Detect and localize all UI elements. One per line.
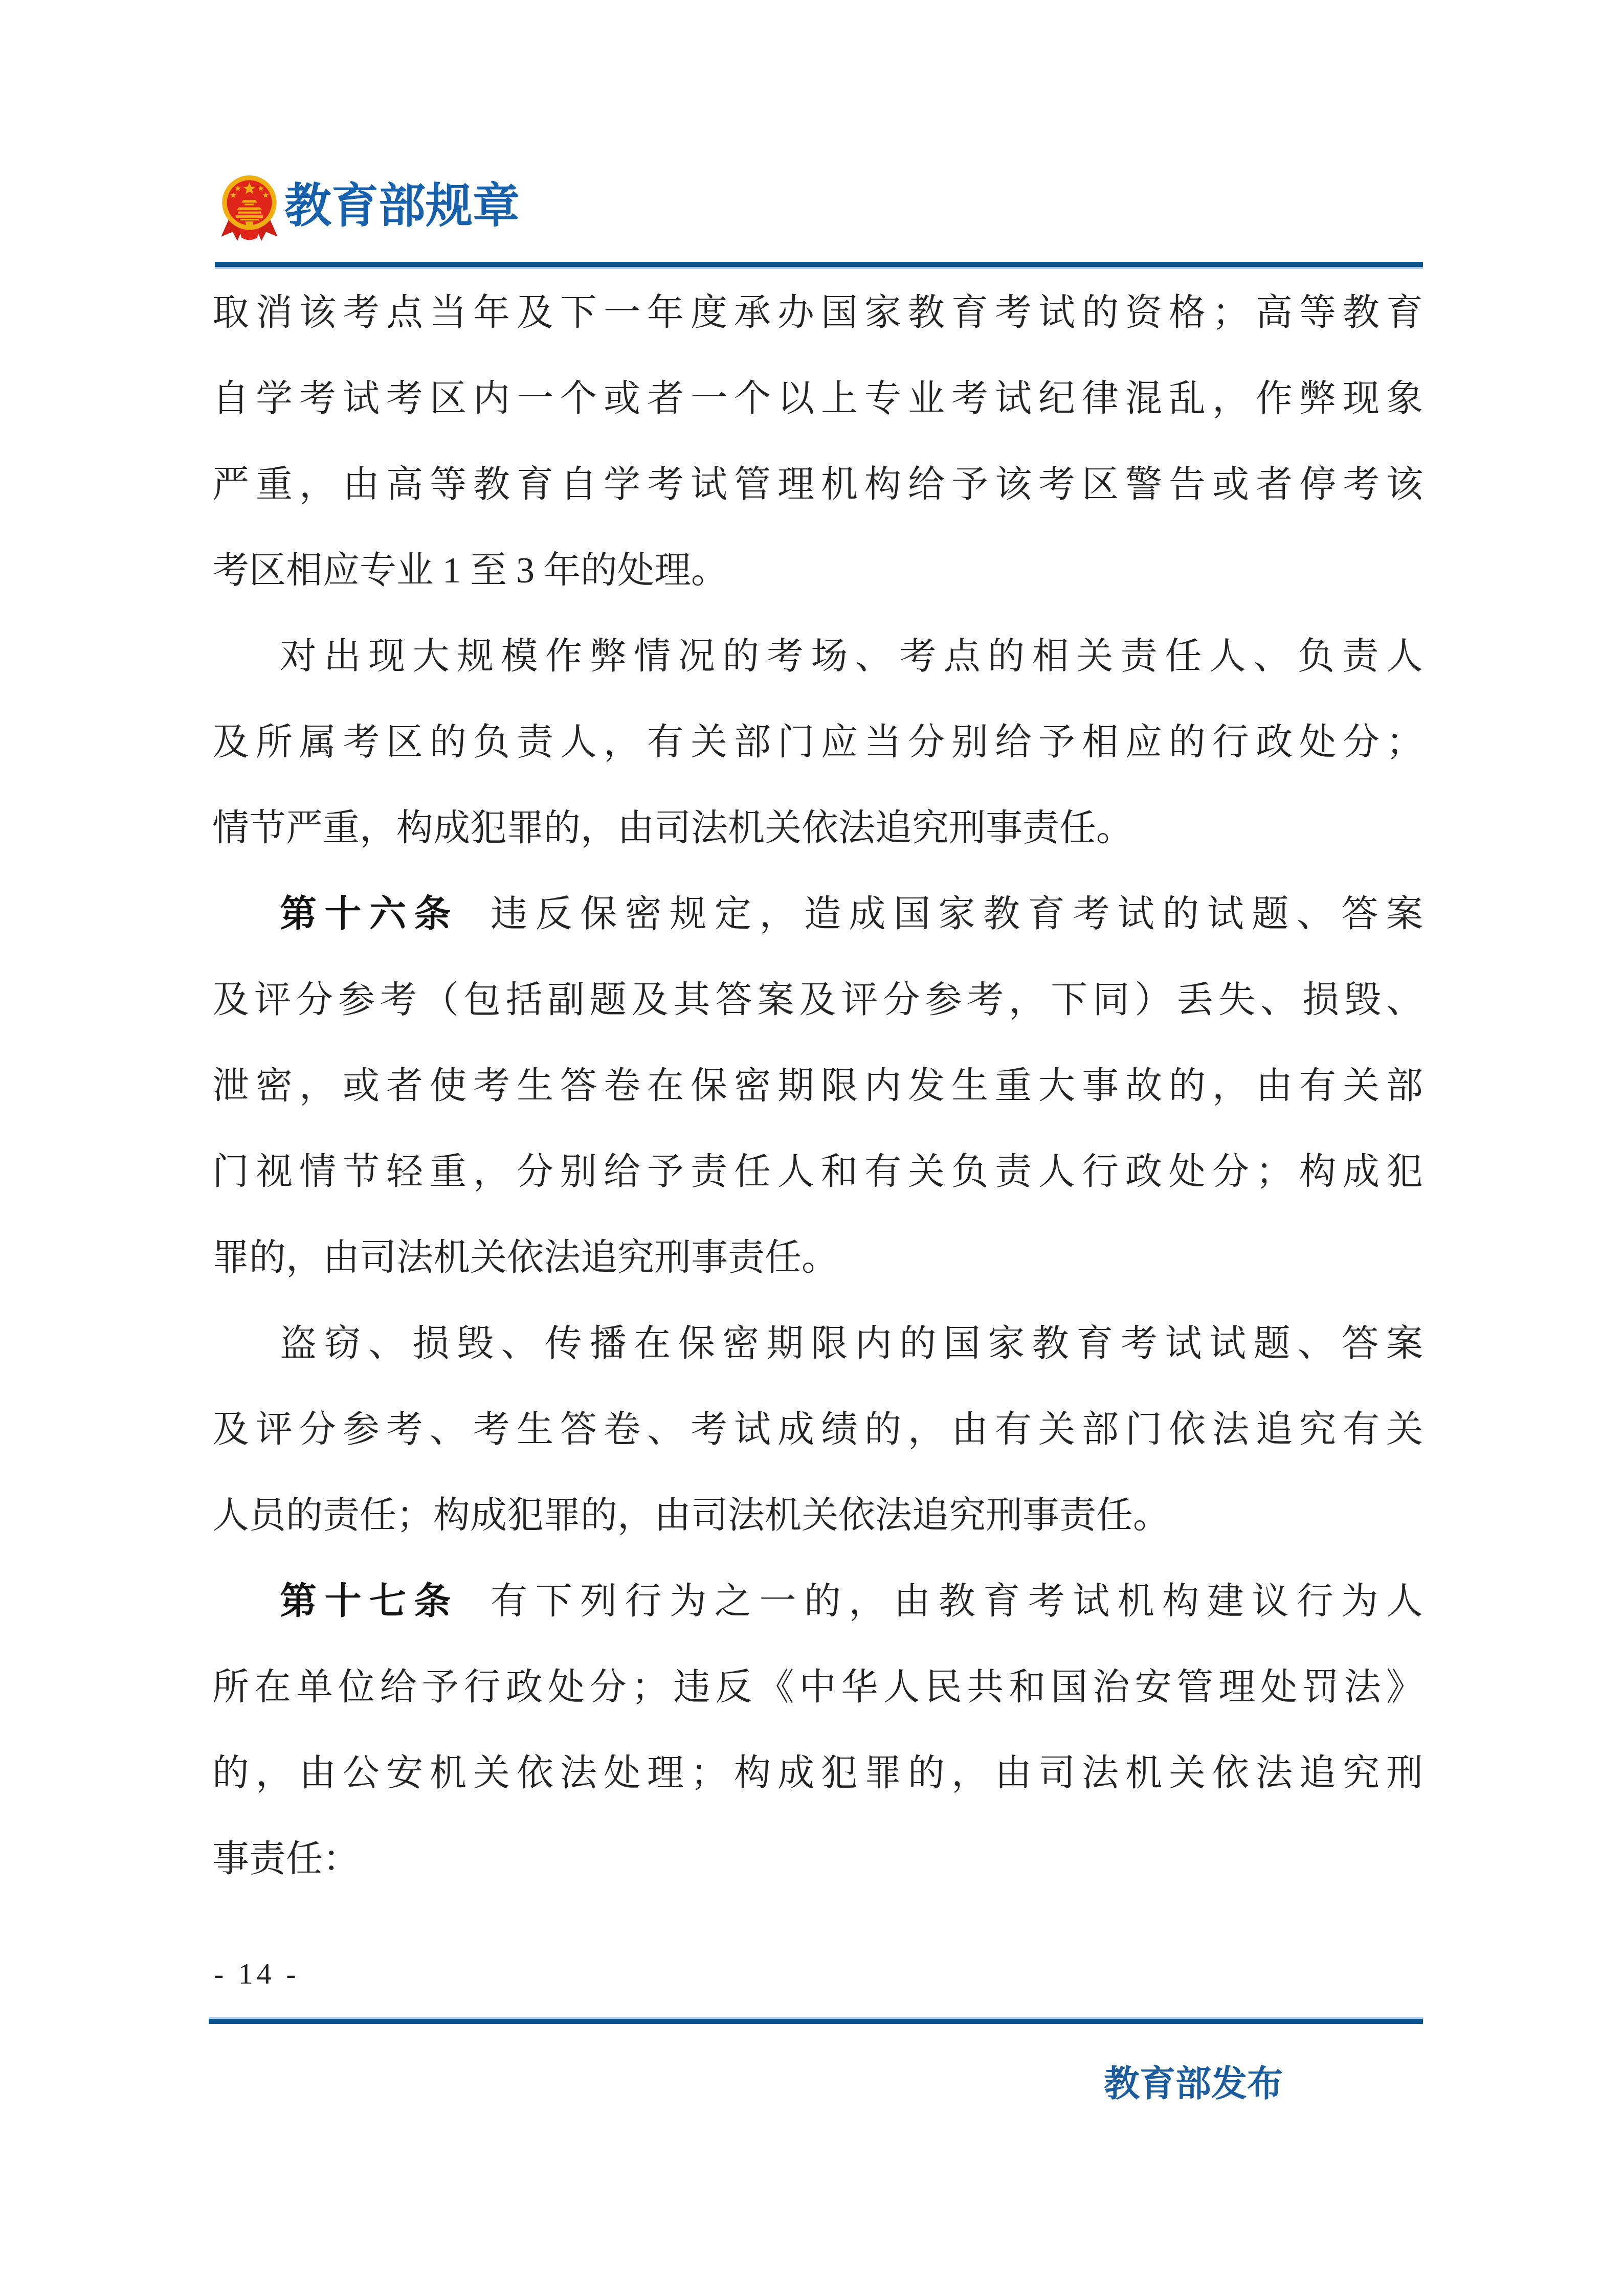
- publisher-label: 教育部发布: [1104, 2062, 1283, 2108]
- page-title: 教育部规章: [284, 178, 520, 234]
- text-line: 第十六条违反保密规定，造成国家教育考试的试题、答案: [212, 871, 1423, 957]
- footer-rule: [209, 2019, 1423, 2024]
- page-number: - 14 -: [214, 1953, 300, 1994]
- text-line: 盗窃、损毁、传播在保密期限内的国家教育考试试题、答案: [212, 1300, 1423, 1386]
- header-rule: [215, 262, 1423, 267]
- text-line: 取消该考点当年及下一年度承办国家教育考试的资格；高等教育: [212, 269, 1423, 355]
- text-line: 的，由公安机关依法处理；构成犯罪的，由司法机关依法追究刑: [212, 1730, 1423, 1816]
- text-line: 所在单位给予行政处分；违反《中华人民共和国治安管理处罚法》: [212, 1644, 1423, 1730]
- text-line: 泄密，或者使考生答卷在保密期限内发生重大事故的，由有关部: [212, 1043, 1423, 1129]
- text-line: 第十七条有下列行为之一的，由教育考试机构建议行为人: [212, 1558, 1423, 1644]
- text-line: 对出现大规模作弊情况的考场、考点的相关责任人、负责人: [212, 613, 1423, 699]
- article-number: 第十七条: [280, 1581, 459, 1622]
- text-line: 考区相应专业 1 至 3 年的处理。: [212, 527, 1423, 613]
- national-emblem-icon: [217, 173, 281, 243]
- text-line: 罪的，由司法机关依法追究刑事责任。: [212, 1214, 1423, 1300]
- article-number: 第十六条: [280, 893, 459, 934]
- document-page: 教育部规章 取消该考点当年及下一年度承办国家教育考试的资格；高等教育自学考试考区…: [0, 0, 1624, 2296]
- text-line: 及评分参考、考生答卷、考试成绩的，由有关部门依法追究有关: [212, 1386, 1423, 1472]
- text-line: 情节严重，构成犯罪的，由司法机关依法追究刑事责任。: [212, 785, 1423, 871]
- text-line: 自学考试考区内一个或者一个以上专业考试纪律混乱，作弊现象: [212, 355, 1423, 441]
- text-line: 及所属考区的负责人，有关部门应当分别给予相应的行政处分；: [212, 699, 1423, 785]
- text-line: 门视情节轻重，分别给予责任人和有关负责人行政处分；构成犯: [212, 1129, 1423, 1214]
- text-line: 事责任：: [212, 1816, 1423, 1902]
- document-body: 取消该考点当年及下一年度承办国家教育考试的资格；高等教育自学考试考区内一个或者一…: [212, 269, 1423, 1902]
- header-rule-accent: [215, 267, 1423, 269]
- text-line: 及评分参考（包括副题及其答案及评分参考，下同）丢失、损毁、: [212, 957, 1423, 1043]
- text-line: 严重，由高等教育自学考试管理机构给予该考区警告或者停考该: [212, 441, 1423, 527]
- text-line: 人员的责任；构成犯罪的，由司法机关依法追究刑事责任。: [212, 1472, 1423, 1558]
